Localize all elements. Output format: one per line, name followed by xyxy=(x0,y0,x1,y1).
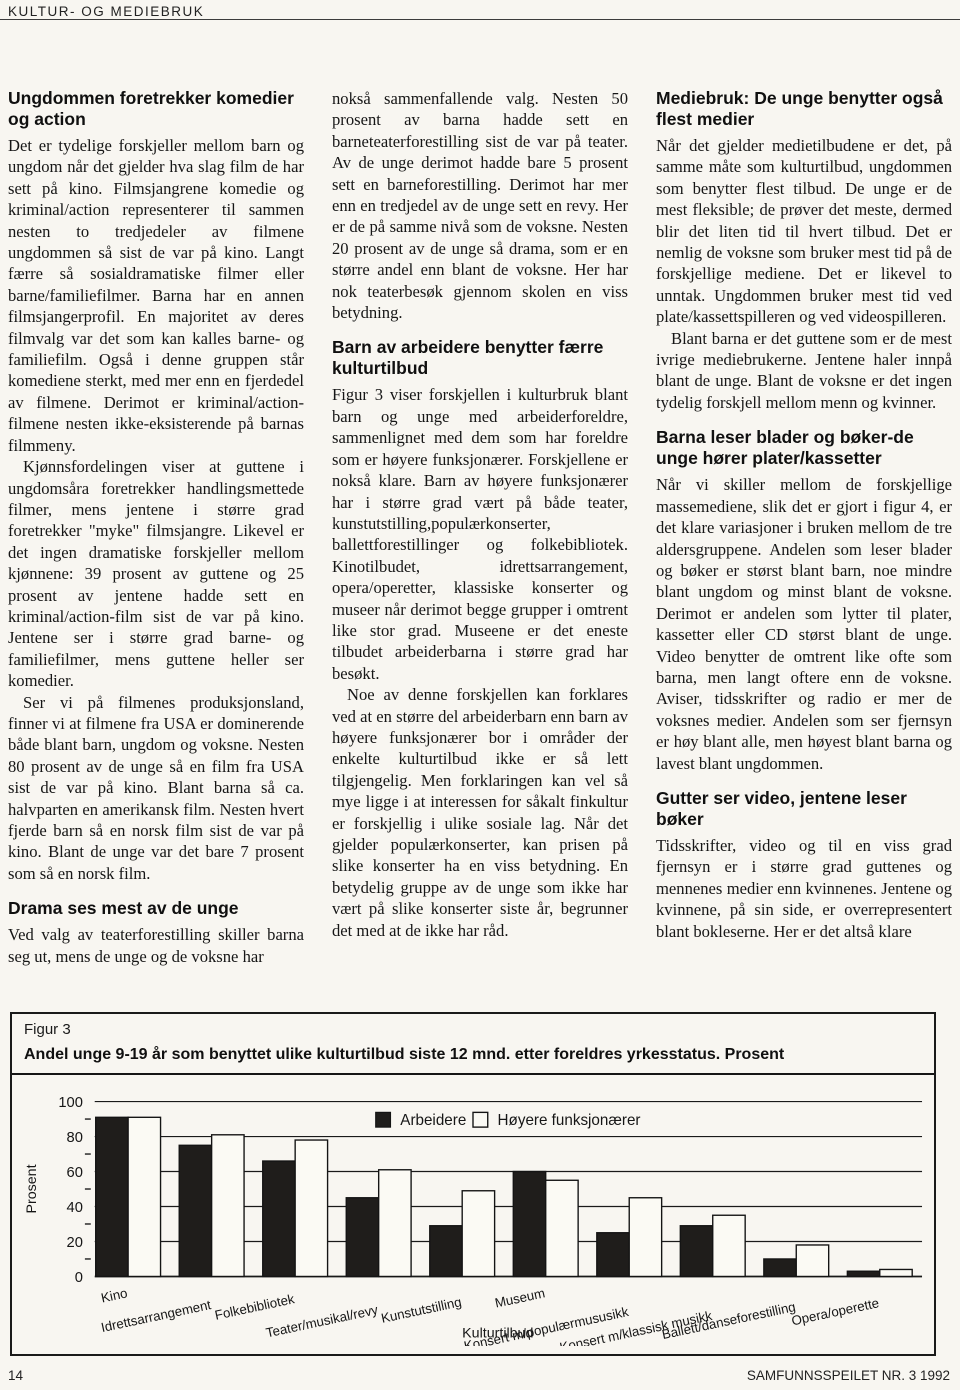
paragraph: Ser vi på filmenes produksjonsland, finn… xyxy=(8,692,304,885)
bar-arbeidere xyxy=(764,1259,796,1276)
x-tick-label: Kino xyxy=(100,1285,129,1305)
legend-swatch-arbeidere xyxy=(376,1112,391,1127)
bar-arbeidere xyxy=(430,1226,462,1277)
page-footer: 14 SAMFUNNSSPEILET NR. 3 1992 xyxy=(8,1368,950,1383)
legend-label-funksjonaerer: Høyere funksjonærer xyxy=(498,1112,641,1129)
bar-arbeidere xyxy=(346,1198,378,1277)
article-heading: Gutter ser video, jentene leser bøker xyxy=(656,788,952,830)
column-1: Ungdommen foretrekker komedier og action… xyxy=(8,88,304,1008)
bar-funksjonaerer xyxy=(796,1245,828,1276)
paragraph: Når det gjelder medietilbudene er det, p… xyxy=(656,135,952,328)
bar-arbeidere xyxy=(847,1271,879,1276)
y-tick-label: 0 xyxy=(75,1270,83,1286)
x-axis-title: Kulturtilbud xyxy=(462,1325,533,1341)
figure-title: Andel unge 9-19 år som benyttet ulike ku… xyxy=(24,1046,924,1064)
header-rule xyxy=(0,19,960,20)
bar-funksjonaerer xyxy=(128,1117,160,1276)
paragraph: Det er tydelige forskjeller mellom barn … xyxy=(8,135,304,456)
column-3: Mediebruk: De unge benytter også flest m… xyxy=(656,88,952,1008)
x-tick-label: Folkebibliotek xyxy=(213,1291,296,1323)
bar-funksjonaerer xyxy=(880,1269,912,1276)
paragraph: Figur 3 viser forskjellen i kulturbruk b… xyxy=(332,384,628,684)
x-tick-label: Kunstutstilling xyxy=(380,1294,463,1326)
article-heading: Barn av arbeidere benytter færre kulturt… xyxy=(332,337,628,379)
paragraph: Når vi skiller mellom de forskjellige ma… xyxy=(656,474,952,774)
article-heading: Drama ses mest av de unge xyxy=(8,898,304,919)
article-heading: Barna leser blader og bøker-de unge høre… xyxy=(656,427,952,469)
x-tick-label: Opera/operette xyxy=(790,1295,880,1328)
bar-arbeidere xyxy=(680,1226,712,1277)
article-heading: Mediebruk: De unge benytter også flest m… xyxy=(656,88,952,130)
y-axis-title: Prosent xyxy=(24,1164,40,1213)
legend-label-arbeidere: Arbeidere xyxy=(400,1112,466,1129)
bar-chart: 020406080100ProsentKinoIdrettsarrangemen… xyxy=(22,1077,924,1346)
bar-funksjonaerer xyxy=(212,1135,244,1277)
bar-arbeidere xyxy=(513,1172,545,1277)
y-tick-label: 40 xyxy=(67,1200,83,1216)
paragraph: Kjønnsfordelingen viser at guttene i ung… xyxy=(8,456,304,691)
y-tick-label: 20 xyxy=(67,1235,83,1251)
paragraph: Noe av denne forskjellen kan forklares v… xyxy=(332,684,628,941)
bar-funksjonaerer xyxy=(462,1191,494,1277)
section-title: KULTUR- OG MEDIEBRUK xyxy=(8,4,204,19)
y-tick-label: 80 xyxy=(67,1130,83,1146)
paragraph: Tidsskrifter, video og til en viss grad … xyxy=(656,835,952,942)
bar-funksjonaerer xyxy=(379,1170,411,1277)
figure-title-rule xyxy=(12,1073,934,1075)
page-number: 14 xyxy=(8,1368,23,1383)
x-tick-label: Museum xyxy=(494,1285,547,1310)
paragraph: nokså sammenfallende valg. Nesten 50 pro… xyxy=(332,88,628,323)
bar-funksjonaerer xyxy=(295,1140,327,1276)
article-heading: Ungdommen foretrekker komedier og action xyxy=(8,88,304,130)
figure-label: Figur 3 xyxy=(24,1021,924,1038)
bar-arbeidere xyxy=(597,1233,629,1277)
magazine-page: KULTUR- OG MEDIEBRUK Ungdommen foretrekk… xyxy=(0,0,960,1390)
paragraph: Ved valg av teaterforestilling skiller b… xyxy=(8,924,304,967)
figure-3-box: Figur 3 Andel unge 9-19 år som benyttet … xyxy=(10,1012,936,1356)
paragraph: Blant barna er det guttene som er de mes… xyxy=(656,328,952,414)
x-tick-label: Idrettsarrangement xyxy=(100,1297,213,1335)
figure-3-chart-svg: 020406080100ProsentKinoIdrettsarrangemen… xyxy=(22,1077,924,1346)
bar-arbeidere xyxy=(179,1145,211,1276)
running-header: KULTUR- OG MEDIEBRUK xyxy=(8,4,960,19)
bar-funksjonaerer xyxy=(546,1180,578,1276)
bar-arbeidere xyxy=(96,1117,128,1276)
bar-funksjonaerer xyxy=(629,1198,661,1277)
journal-name: SAMFUNNSSPEILET NR. 3 1992 xyxy=(747,1368,950,1383)
bar-funksjonaerer xyxy=(713,1215,745,1276)
column-2: nokså sammenfallende valg. Nesten 50 pro… xyxy=(332,88,628,1008)
y-tick-label: 60 xyxy=(67,1165,83,1181)
legend-swatch-funksjonaerer xyxy=(473,1112,488,1127)
article-columns: Ungdommen foretrekker komedier og action… xyxy=(8,88,952,1008)
bar-arbeidere xyxy=(263,1161,295,1276)
y-tick-label: 100 xyxy=(58,1095,83,1111)
